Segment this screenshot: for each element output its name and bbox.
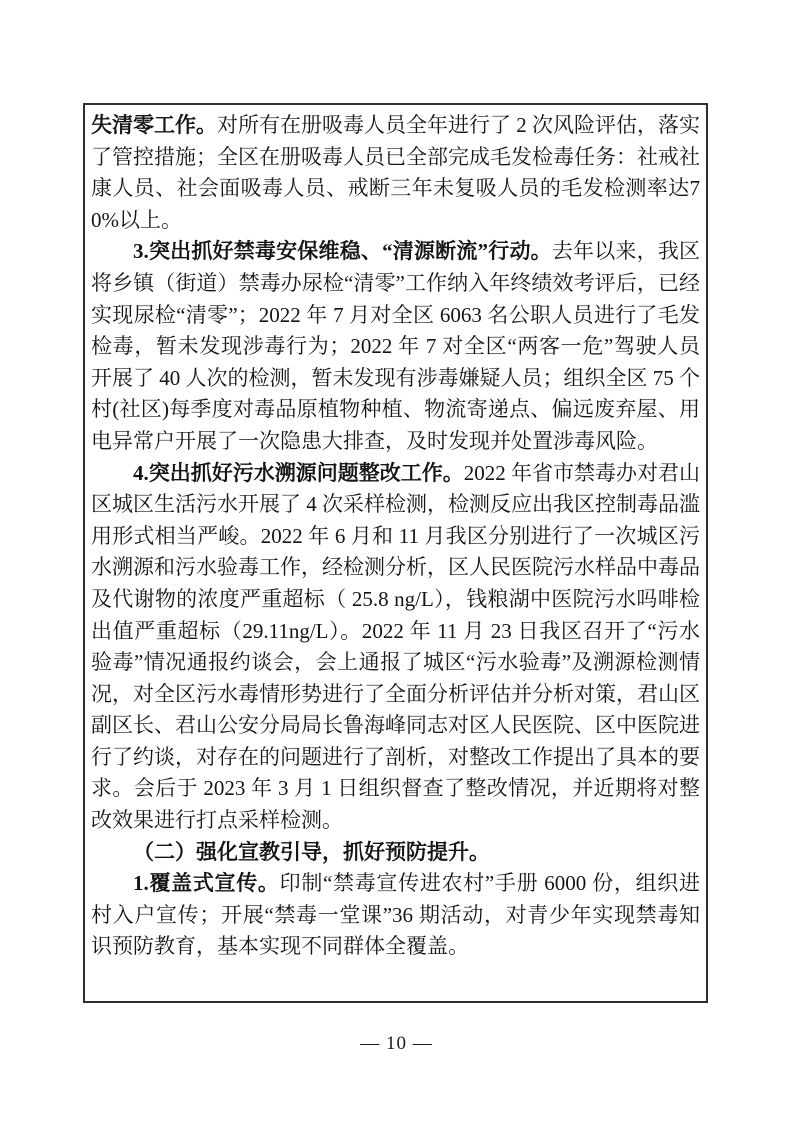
paragraph-hair-test-clearance: 失清零工作。对所有在册吸毒人员全年进行了 2 次风险评估，落实了管控措施；全区在… xyxy=(91,110,700,236)
paragraph-lead-bold: 4.突出抓好污水溯源问题整改工作。 xyxy=(133,461,464,485)
paragraph-body-text: 2022 年省市禁毒办对君山区城区生活污水开展了 4 次采样检测，检测反应出我区… xyxy=(91,461,700,833)
paragraph-body-text: 去年以来，我区将乡镇（街道）禁毒办尿检“清零”工作纳入年终绩效考评后，已经实现尿… xyxy=(91,239,700,453)
document-page: 失清零工作。对所有在册吸毒人员全年进行了 2 次风险评估，落实了管控措施；全区在… xyxy=(0,0,793,1122)
paragraph-lead-bold: 1.覆盖式宣传。 xyxy=(133,871,280,895)
section-heading-publicity-education: （二）强化宣教引导，抓好预防提升。 xyxy=(91,837,700,869)
text-border-box: 失清零工作。对所有在册吸毒人员全年进行了 2 次风险评估，落实了管控措施；全区在… xyxy=(83,103,708,1003)
paragraph-lead-bold: 失清零工作。 xyxy=(91,113,217,137)
paragraph-security-stability-action: 3.突出抓好禁毒安保维稳、“清源断流”行动。去年以来，我区将乡镇（街道）禁毒办尿… xyxy=(91,236,700,457)
paragraph-sewage-tracing-rectification: 4.突出抓好污水溯源问题整改工作。2022 年省市禁毒办对君山区城区生活污水开展… xyxy=(91,458,700,837)
paragraph-lead-bold: 3.突出抓好禁毒安保维稳、“清源断流”行动。 xyxy=(133,239,552,263)
section-heading-bold: （二）强化宣教引导，抓好预防提升。 xyxy=(133,840,490,864)
page-number: — 10 — xyxy=(0,1033,793,1055)
paragraph-coverage-publicity: 1.覆盖式宣传。印制“禁毒宣传进农村”手册 6000 份，组织进村入户宣传；开展… xyxy=(91,868,700,963)
